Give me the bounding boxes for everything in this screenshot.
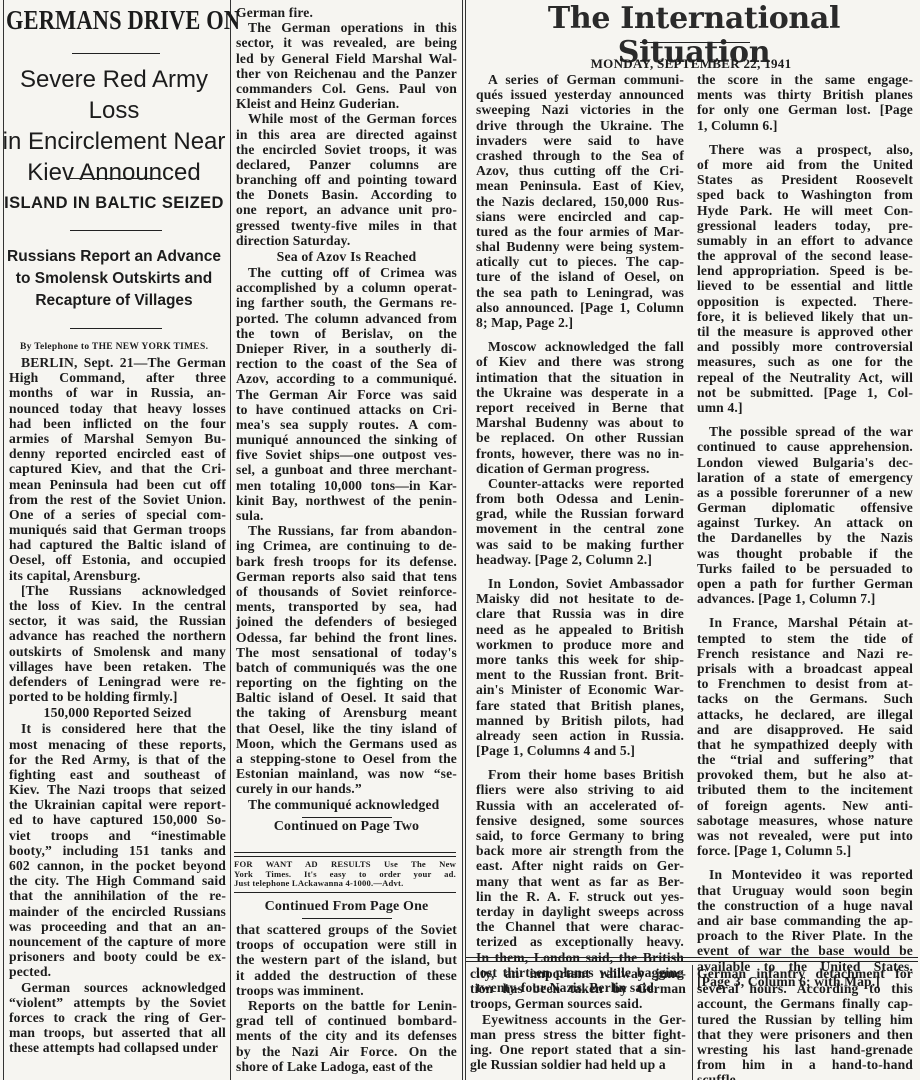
text-line: was proceeding and that an an- xyxy=(9,919,226,934)
text-line: five Soviet ships—one outpost ves- xyxy=(236,447,457,462)
text-line: The most sensational of today's xyxy=(236,645,457,660)
text-line: The Russians, far from abandon- xyxy=(236,523,457,538)
text-line: tempted to stem the tide of xyxy=(697,631,913,646)
text-line: was thought probable if the xyxy=(697,546,913,561)
text-line: Moon, which the Germans used as xyxy=(236,736,457,751)
text-line: sped back to Washington from xyxy=(697,187,913,202)
section-subhead: 150,000 Reported Seized xyxy=(9,704,226,721)
text-line: the Donets Basin. According to xyxy=(236,187,457,202)
text-line: German fire. xyxy=(236,5,457,20)
text-line: troops, German sources said. xyxy=(470,996,686,1011)
text-line: one report, an advance unit pro- xyxy=(236,202,457,217)
text-line: sector, it was said, the Russian xyxy=(9,613,226,628)
text-line: the sea path to Leningrad, was xyxy=(476,285,684,300)
text-line: The communiqué acknowledged xyxy=(236,797,457,812)
text-line: Just telephone LAckawanna 4-1000.—Advt. xyxy=(234,879,456,889)
text-line: the taking of Arensburg meant xyxy=(236,705,457,720)
divider xyxy=(302,918,392,919)
text-line: in this area are directed against xyxy=(236,127,457,142)
dateline: MONDAY, SEPTEMBER 22, 1941 xyxy=(462,56,920,72)
text-line: tributed them to the incitement xyxy=(697,782,913,797)
text-line: sabotage measures, whose nature xyxy=(697,813,913,828)
text-line: be replaced. On other Russian xyxy=(476,430,684,445)
text-line: the Dardanelles by the Nazis xyxy=(697,530,913,545)
text-line: A series of German communi- xyxy=(476,72,684,87)
text-line: clare that Russia was in dire xyxy=(476,606,684,621)
text-line: “violent” attempts by the Soviet xyxy=(9,995,226,1010)
text-line: fore, it is believed likely that un- xyxy=(697,309,913,324)
text-line: ported to be holding firmly.] xyxy=(9,689,226,704)
text-line: fighting east and southeast of xyxy=(9,767,226,782)
text-line: mainder of the encircled Russians xyxy=(9,904,226,919)
ad-rule xyxy=(234,892,456,893)
text-line: German infantry detachment for xyxy=(697,966,913,981)
text-line: account, the Germans finally cap- xyxy=(697,996,913,1011)
text-line: measures, such as one for the xyxy=(697,354,913,369)
subheadline-line: in Encirclement Near xyxy=(0,126,228,157)
headline-rule xyxy=(70,230,162,231)
text-line: accomplished by a column operat- xyxy=(236,280,457,295)
summary-column-3: A series of German communi-qués issued y… xyxy=(476,72,684,995)
text-line: One of a series of special com- xyxy=(9,507,226,522)
text-line: already seen action in Russia. xyxy=(476,728,684,743)
subheadline-1: Severe Red Army Loss in Encirclement Nea… xyxy=(0,64,228,188)
text-line: dication of German progress. xyxy=(476,461,684,476)
article-column-1: BERLIN, Sept. 21—The GermanHigh Command,… xyxy=(9,355,226,1055)
text-line: proach to the River Plate. In the xyxy=(697,928,913,943)
text-line: man troops, but asserted that all xyxy=(9,1025,226,1040)
text-line: muniqués said that German troops xyxy=(9,522,226,537)
text-line: troops of occupation were still in xyxy=(236,937,457,952)
column-rule xyxy=(465,0,466,1080)
text-line: not be submitted. [Page 1, Col- xyxy=(697,385,913,400)
text-line: headway. [Page 2, Column 2.] xyxy=(476,552,684,567)
text-line: The cutting off of Crimea was xyxy=(236,265,457,280)
continuation-column: Continued From Page Onethat scattered gr… xyxy=(236,898,457,1074)
text-line: manned by British pilots, had xyxy=(476,713,684,728)
text-line: ment to the Russian front. Brit- xyxy=(476,667,684,682)
text-line: denny reported encircled east of xyxy=(9,446,226,461)
text-line: repeal of the Neutrality Act, will xyxy=(697,370,913,385)
text-line: 8; Map, Page 2.] xyxy=(476,315,684,330)
text-line: mean Peninsula had been cut off xyxy=(9,477,226,492)
text-line: fare stated that British planes, xyxy=(476,698,684,713)
text-line: months of war in Russia, an- xyxy=(9,385,226,400)
text-line: need as he appealed to British xyxy=(476,622,684,637)
text-line: of thousands of Soviet reinforce- xyxy=(236,584,457,599)
text-line: Marshal Budenny was about to xyxy=(476,415,684,430)
text-line: that they were prisoners and then xyxy=(697,1027,913,1042)
text-line: that Oesel, like the tiny island of xyxy=(236,721,457,736)
text-line: tion has been taken by German xyxy=(470,981,686,996)
text-line: French resistance and Nazi re- xyxy=(697,646,913,661)
text-line: that scattered groups of the Soviet xyxy=(236,922,457,937)
text-line: armies of Marshal Semyon Bu- xyxy=(9,431,226,446)
text-line: that he sympathized deeply with xyxy=(697,737,913,752)
text-line: Kleist and Heinz Guderian. xyxy=(236,96,457,111)
headline-rule xyxy=(72,53,160,54)
text-line: its capital, Arensburg. xyxy=(9,568,226,583)
text-line: advance has reached the northern xyxy=(9,628,226,643)
text-line: grad tell of continued bombard- xyxy=(236,1013,457,1028)
text-line: the Nazis declared, 150,000 Rus- xyxy=(476,194,684,209)
paragraph-gap xyxy=(697,858,913,867)
text-line: ed to have captured 150,000 So- xyxy=(9,812,226,827)
text-line: Baltic island of Oesel. It said that xyxy=(236,690,457,705)
text-line: sians were encircled and cap- xyxy=(476,209,684,224)
text-line: by the Nazi Air Force. On the xyxy=(236,1044,457,1059)
text-line: shore of Lake Ladoga, east of the xyxy=(236,1059,457,1074)
text-line: shal Budenny were being system- xyxy=(476,239,684,254)
text-line: for only one German lost. [Page xyxy=(697,102,913,117)
text-line: that Uruguay would soon begin xyxy=(697,883,913,898)
text-line: crashed through to the Sea of xyxy=(476,148,684,163)
text-line: atically cut to pieces. The cap- xyxy=(476,254,684,269)
text-line: many that went as far as Ber- xyxy=(476,874,684,889)
text-line: ments was thirty British planes xyxy=(697,87,913,102)
text-line: [Page 1, Columns 4 and 5.] xyxy=(476,743,684,758)
text-line: the “trial and suffering” that xyxy=(697,752,913,767)
text-line: more tanks this week for ship- xyxy=(476,652,684,667)
text-line: In London, Soviet Ambassador xyxy=(476,576,684,591)
text-line: The possible spread of the war xyxy=(697,424,913,439)
text-line: the western part of the island, but xyxy=(236,952,457,967)
subheadline-line: Kiev Announced xyxy=(0,157,228,188)
text-line: tured the Russian by telling him xyxy=(697,1012,913,1027)
text-line: batch of communiqués was the one xyxy=(236,660,457,675)
paragraph-gap xyxy=(697,606,913,615)
text-line: east. After night raids on Ger- xyxy=(476,858,684,873)
text-line: gle Russian soldier had held up a xyxy=(470,1057,686,1072)
text-line: ing. One report stated that a sin- xyxy=(470,1042,686,1057)
text-line: lend appropriation. Speed is be- xyxy=(697,263,913,278)
text-line: The German operations in this xyxy=(236,20,457,35)
text-line: of more aid from the United xyxy=(697,157,913,172)
text-line: ing Crimea, are continuing to de- xyxy=(236,538,457,553)
text-line: While most of the German forces xyxy=(236,111,457,126)
subheadline-line: Severe Red Army Loss xyxy=(0,64,228,126)
text-line: ing farther south, the Germans re- xyxy=(236,295,457,310)
summary-column-4: the score in the same engage-ments was t… xyxy=(697,72,913,989)
text-line: sumably in an effort to advance xyxy=(697,233,913,248)
text-line: Russia with an accelerated of- xyxy=(476,798,684,813)
text-line: sel, a gunboat and three merchant- xyxy=(236,462,457,477)
column-rule xyxy=(230,0,231,1080)
text-line: ther von Reichenau and the Panzer xyxy=(236,66,457,81)
text-line: Kiev. The Nazi troops that seized xyxy=(9,782,226,797)
text-line: the loss of Kiev. In the central xyxy=(9,598,226,613)
headline-rule xyxy=(70,178,162,179)
text-line: from the rest of the Soviet Union. xyxy=(9,492,226,507)
text-line: nouncement of the capture of more xyxy=(9,934,226,949)
text-line: til the measure is approved other xyxy=(697,324,913,339)
text-line: Turks failed to be persuaded to xyxy=(697,561,913,576)
text-line: sweeping Nazi victories in the xyxy=(476,102,684,117)
text-line: There was a prospect, also, xyxy=(697,142,913,157)
text-line: Odessa, far behind the front lines. xyxy=(236,630,457,645)
title-rule xyxy=(640,42,750,43)
text-line: the Ukrainian capital were report- xyxy=(9,797,226,812)
text-line: States as President Roosevelt xyxy=(697,172,913,187)
text-line: to Frenchmen to desist from at- xyxy=(697,676,913,691)
section-bottom-rule xyxy=(466,957,918,962)
text-line: from him in a hand-to-hand xyxy=(697,1057,913,1072)
text-line: German diplomatic offensive xyxy=(697,500,913,515)
text-line: had been inflicted on the four xyxy=(9,416,226,431)
text-line: branching off and pointing toward xyxy=(236,172,457,187)
text-line: lieved to be essential and little xyxy=(697,278,913,293)
text-line: these attempts had collapsed under xyxy=(9,1040,226,1055)
text-line: rection to the coast of the Sea of xyxy=(236,356,457,371)
text-line: kinit Bay, northwest of the penin- xyxy=(236,493,457,508)
text-line: umn 4.] xyxy=(697,400,913,415)
text-line: 602 cannon, in the pocket beyond xyxy=(9,858,226,873)
text-line: prisoners and booty could be ex- xyxy=(9,949,226,964)
text-line: muniqué announced the sinking of xyxy=(236,432,457,447)
text-line: German sources acknowledged xyxy=(9,980,226,995)
ad-rule xyxy=(234,852,456,857)
text-line: ain's Minister of Economic War- xyxy=(476,682,684,697)
text-line: men totaling 10,000 tons—in Kar- xyxy=(236,478,457,493)
want-ad-notice: FOR WANT AD RESULTS Use The NewYork Time… xyxy=(234,860,456,889)
text-line: movement in the central zone xyxy=(476,521,684,536)
text-line: as a possible forerunner of a new xyxy=(697,485,913,500)
headline: GERMANS DRIVE ON xyxy=(6,4,189,36)
text-line: opposition is expected. There- xyxy=(697,294,913,309)
text-line: the Ukraine was desperate in a xyxy=(476,385,684,400)
text-line: reporting on the fighting on the xyxy=(236,675,457,690)
text-line: Azov, according to a communiqué. xyxy=(236,371,457,386)
text-line: direction Saturday. xyxy=(236,233,457,248)
text-line: prisals with a broadcast appeal xyxy=(697,661,913,676)
text-line: city, an important railway junc- xyxy=(470,966,686,981)
text-line: to have continued attacks on Cri- xyxy=(236,402,457,417)
text-line: BERLIN, Sept. 21—The German xyxy=(9,355,226,370)
text-line: of Kiev and there was strong xyxy=(476,354,684,369)
text-line: that the annihilation of the re- xyxy=(9,888,226,903)
text-line: From their home bases British xyxy=(476,767,684,782)
text-line: declared, Panzer columns are xyxy=(236,157,457,172)
text-line: joined the defenders of besieged xyxy=(236,614,457,629)
byline: By Telephone to THE NEW YORK TIMES. xyxy=(20,342,220,352)
text-line: it added the destruction of these xyxy=(236,968,457,983)
subheadline-line: to Smolensk Outskirts and xyxy=(0,268,228,290)
text-line: Counter-attacks were reported xyxy=(476,476,684,491)
text-line: commanders Col. Gens. Paul von xyxy=(236,81,457,96)
text-line: qués issued yesterday announced xyxy=(476,87,684,102)
text-line: workmen to produce more and xyxy=(476,637,684,652)
text-line: the score in the same engage- xyxy=(697,72,913,87)
text-line: the approval of the second lease- xyxy=(697,248,913,263)
text-line: terized as exceptionally heavy. xyxy=(476,934,684,949)
text-line: sector, it was revealed, are being xyxy=(236,35,457,50)
text-line: In Montevideo it was reported xyxy=(697,867,913,882)
text-line: forces to crack the ring of Ger- xyxy=(9,1010,226,1025)
text-line: of foreign agents. New anti- xyxy=(697,798,913,813)
text-line: Dnieper River, in a southerly di- xyxy=(236,341,457,356)
text-line: and air base commanding the ap- xyxy=(697,913,913,928)
text-line: pected. xyxy=(9,964,226,979)
text-line: Moscow acknowledged the fall xyxy=(476,339,684,354)
text-line: wresting his last hand-grenade xyxy=(697,1042,913,1057)
text-line: led by General Field Marshal Wal- xyxy=(236,51,457,66)
text-line: troops was imminent. xyxy=(236,983,457,998)
jump-line: Continued From Page One xyxy=(236,898,457,916)
text-line: man press stress the bitter fight- xyxy=(470,1027,686,1042)
text-line: invaders were said to have xyxy=(476,133,684,148)
text-line: provoked them, but he also at- xyxy=(697,767,913,782)
text-line: intimation that the situation in xyxy=(476,370,684,385)
text-line: tacks on the Germans. Such xyxy=(697,691,913,706)
text-line: Reports on the battle for Lenin- xyxy=(236,998,457,1013)
text-line: captured Kiev, and that the Cri- xyxy=(9,461,226,476)
text-line: High Command, after three xyxy=(9,370,226,385)
text-line: tured as the four armies of Mar- xyxy=(476,224,684,239)
text-line: was not revealed, were put into xyxy=(697,828,913,843)
text-line: Oesel, off Estonia, and occupied xyxy=(9,552,226,567)
text-line: continued to cause apprehension. xyxy=(697,439,913,454)
text-line: The German Air Force was said xyxy=(236,387,457,402)
text-line: also announced. [Page 1, Column xyxy=(476,300,684,315)
text-line: German reports also said that tens xyxy=(236,569,457,584)
subheadline-line: Russians Report an Advance xyxy=(0,246,228,268)
text-line: against Turkey. An attack on xyxy=(697,515,913,530)
text-line: lin the R. A. F. struck out yes- xyxy=(476,889,684,904)
text-line: open a path for further German xyxy=(697,576,913,591)
text-line: ments, transported by sea, had xyxy=(236,599,457,614)
text-line: ments of the city and its defenses xyxy=(236,1028,457,1043)
text-line: scuffle. xyxy=(697,1072,913,1080)
jump-line: Continued on Page Two xyxy=(236,818,457,836)
text-line: It is considered here that the xyxy=(9,721,226,736)
text-line: [The Russians acknowledged xyxy=(9,583,226,598)
text-line: fensive designed, some sources xyxy=(476,813,684,828)
text-line: drive through the Ukraine. The xyxy=(476,118,684,133)
text-line: mea's sea supply routes. A com- xyxy=(236,417,457,432)
text-line: for the Red Army, is that of the xyxy=(9,752,226,767)
article-column-2: German fire.The German operations in thi… xyxy=(236,5,457,836)
text-line: said, to force Germany to bring xyxy=(476,828,684,843)
text-line: was said to be making further xyxy=(476,537,684,552)
text-line: gressed twenty-five miles in that xyxy=(236,218,457,233)
paragraph-gap xyxy=(476,330,684,339)
text-line: sula. xyxy=(236,508,457,523)
text-line: viet troops and “inestimable xyxy=(9,828,226,843)
text-line: and possibly more controversial xyxy=(697,339,913,354)
text-line: In France, Marshal Pétain at- xyxy=(697,615,913,630)
text-line: and are disapproved. He said xyxy=(697,722,913,737)
text-line: curely in our hands.” xyxy=(236,781,457,796)
text-line: attacks, he declared, are illegal xyxy=(697,707,913,722)
text-line: the town of Berislav, on the xyxy=(236,326,457,341)
newspaper-page: GERMANS DRIVE ON Severe Red Army Loss in… xyxy=(0,0,920,1080)
subheadline-3: Russians Report an Advance to Smolensk O… xyxy=(0,246,228,312)
paragraph-gap xyxy=(476,567,684,576)
text-line: laration of a state of emergency xyxy=(697,470,913,485)
text-line: nounced today that heavy losses xyxy=(9,401,226,416)
text-line: the city. The High Command said xyxy=(9,873,226,888)
text-line: advances. [Page 1, Column 7.] xyxy=(697,591,913,606)
text-line: Eyewitness accounts in the Ger- xyxy=(470,1012,686,1027)
bottom-continuation-column-3: city, an important railway junc-tion has… xyxy=(470,966,686,1072)
paragraph-gap xyxy=(697,133,913,142)
text-line: villages have been retaken. The xyxy=(9,659,226,674)
text-line: ported. The column advanced from xyxy=(236,311,457,326)
text-line: from both Odessa and Lenin- xyxy=(476,491,684,506)
text-line: the Channel that were charac- xyxy=(476,919,684,934)
text-line: fronts, however, there was no in- xyxy=(476,446,684,461)
text-line: defenders of Leningrad were re- xyxy=(9,674,226,689)
paragraph-gap xyxy=(697,415,913,424)
subheadline-2: ISLAND IN BALTIC SEIZED xyxy=(0,193,228,213)
text-line: Maisky did not hesitate to de- xyxy=(476,591,684,606)
text-line: booty,” including 151 tanks and xyxy=(9,843,226,858)
text-line: London viewed Bulgaria's dec- xyxy=(697,455,913,470)
text-line: 1, Column 6.] xyxy=(697,118,913,133)
text-line: terday in daylight sweeps across xyxy=(476,904,684,919)
text-line: the construction of a huge naval xyxy=(697,898,913,913)
text-line: force. [Page 1, Column 5.] xyxy=(697,843,913,858)
text-line: the encircled Soviet troops, it was xyxy=(236,142,457,157)
column-rule xyxy=(692,965,693,1080)
text-line: bark fresh troops for its defense. xyxy=(236,554,457,569)
text-line: Azov, thus cutting off the Cri- xyxy=(476,163,684,178)
text-line: report received in Berne that xyxy=(476,400,684,415)
text-line: a stepping-stone to Oesel from the xyxy=(236,751,457,766)
text-line: mean Peninsula. East of Kiev, xyxy=(476,178,684,193)
bottom-continuation-column-4: German infantry detachment forseveral ho… xyxy=(697,966,913,1080)
text-line: Hyde Park. He will meet Con- xyxy=(697,203,913,218)
text-line: had captured the Baltic island of xyxy=(9,537,226,552)
text-line: fliers were also striving to aid xyxy=(476,782,684,797)
section-subhead: Sea of Azov Is Reached xyxy=(236,248,457,265)
paragraph-gap xyxy=(476,758,684,767)
text-line: back more air strength from the xyxy=(476,843,684,858)
text-line: gressional leaders today, pre- xyxy=(697,218,913,233)
text-line: several hours. According to this xyxy=(697,981,913,996)
text-line: grad, while the Russian forward xyxy=(476,506,684,521)
subheadline-line: Recapture of Villages xyxy=(0,290,228,312)
text-line: outskirts of Smolensk and many xyxy=(9,644,226,659)
text-line: ture of the island of Oesel, on xyxy=(476,269,684,284)
text-line: Estonian mainland, was now “se- xyxy=(236,766,457,781)
headline-rule xyxy=(70,328,162,329)
text-line: most menacing of these reports, xyxy=(9,737,226,752)
column-rule xyxy=(462,0,463,1080)
